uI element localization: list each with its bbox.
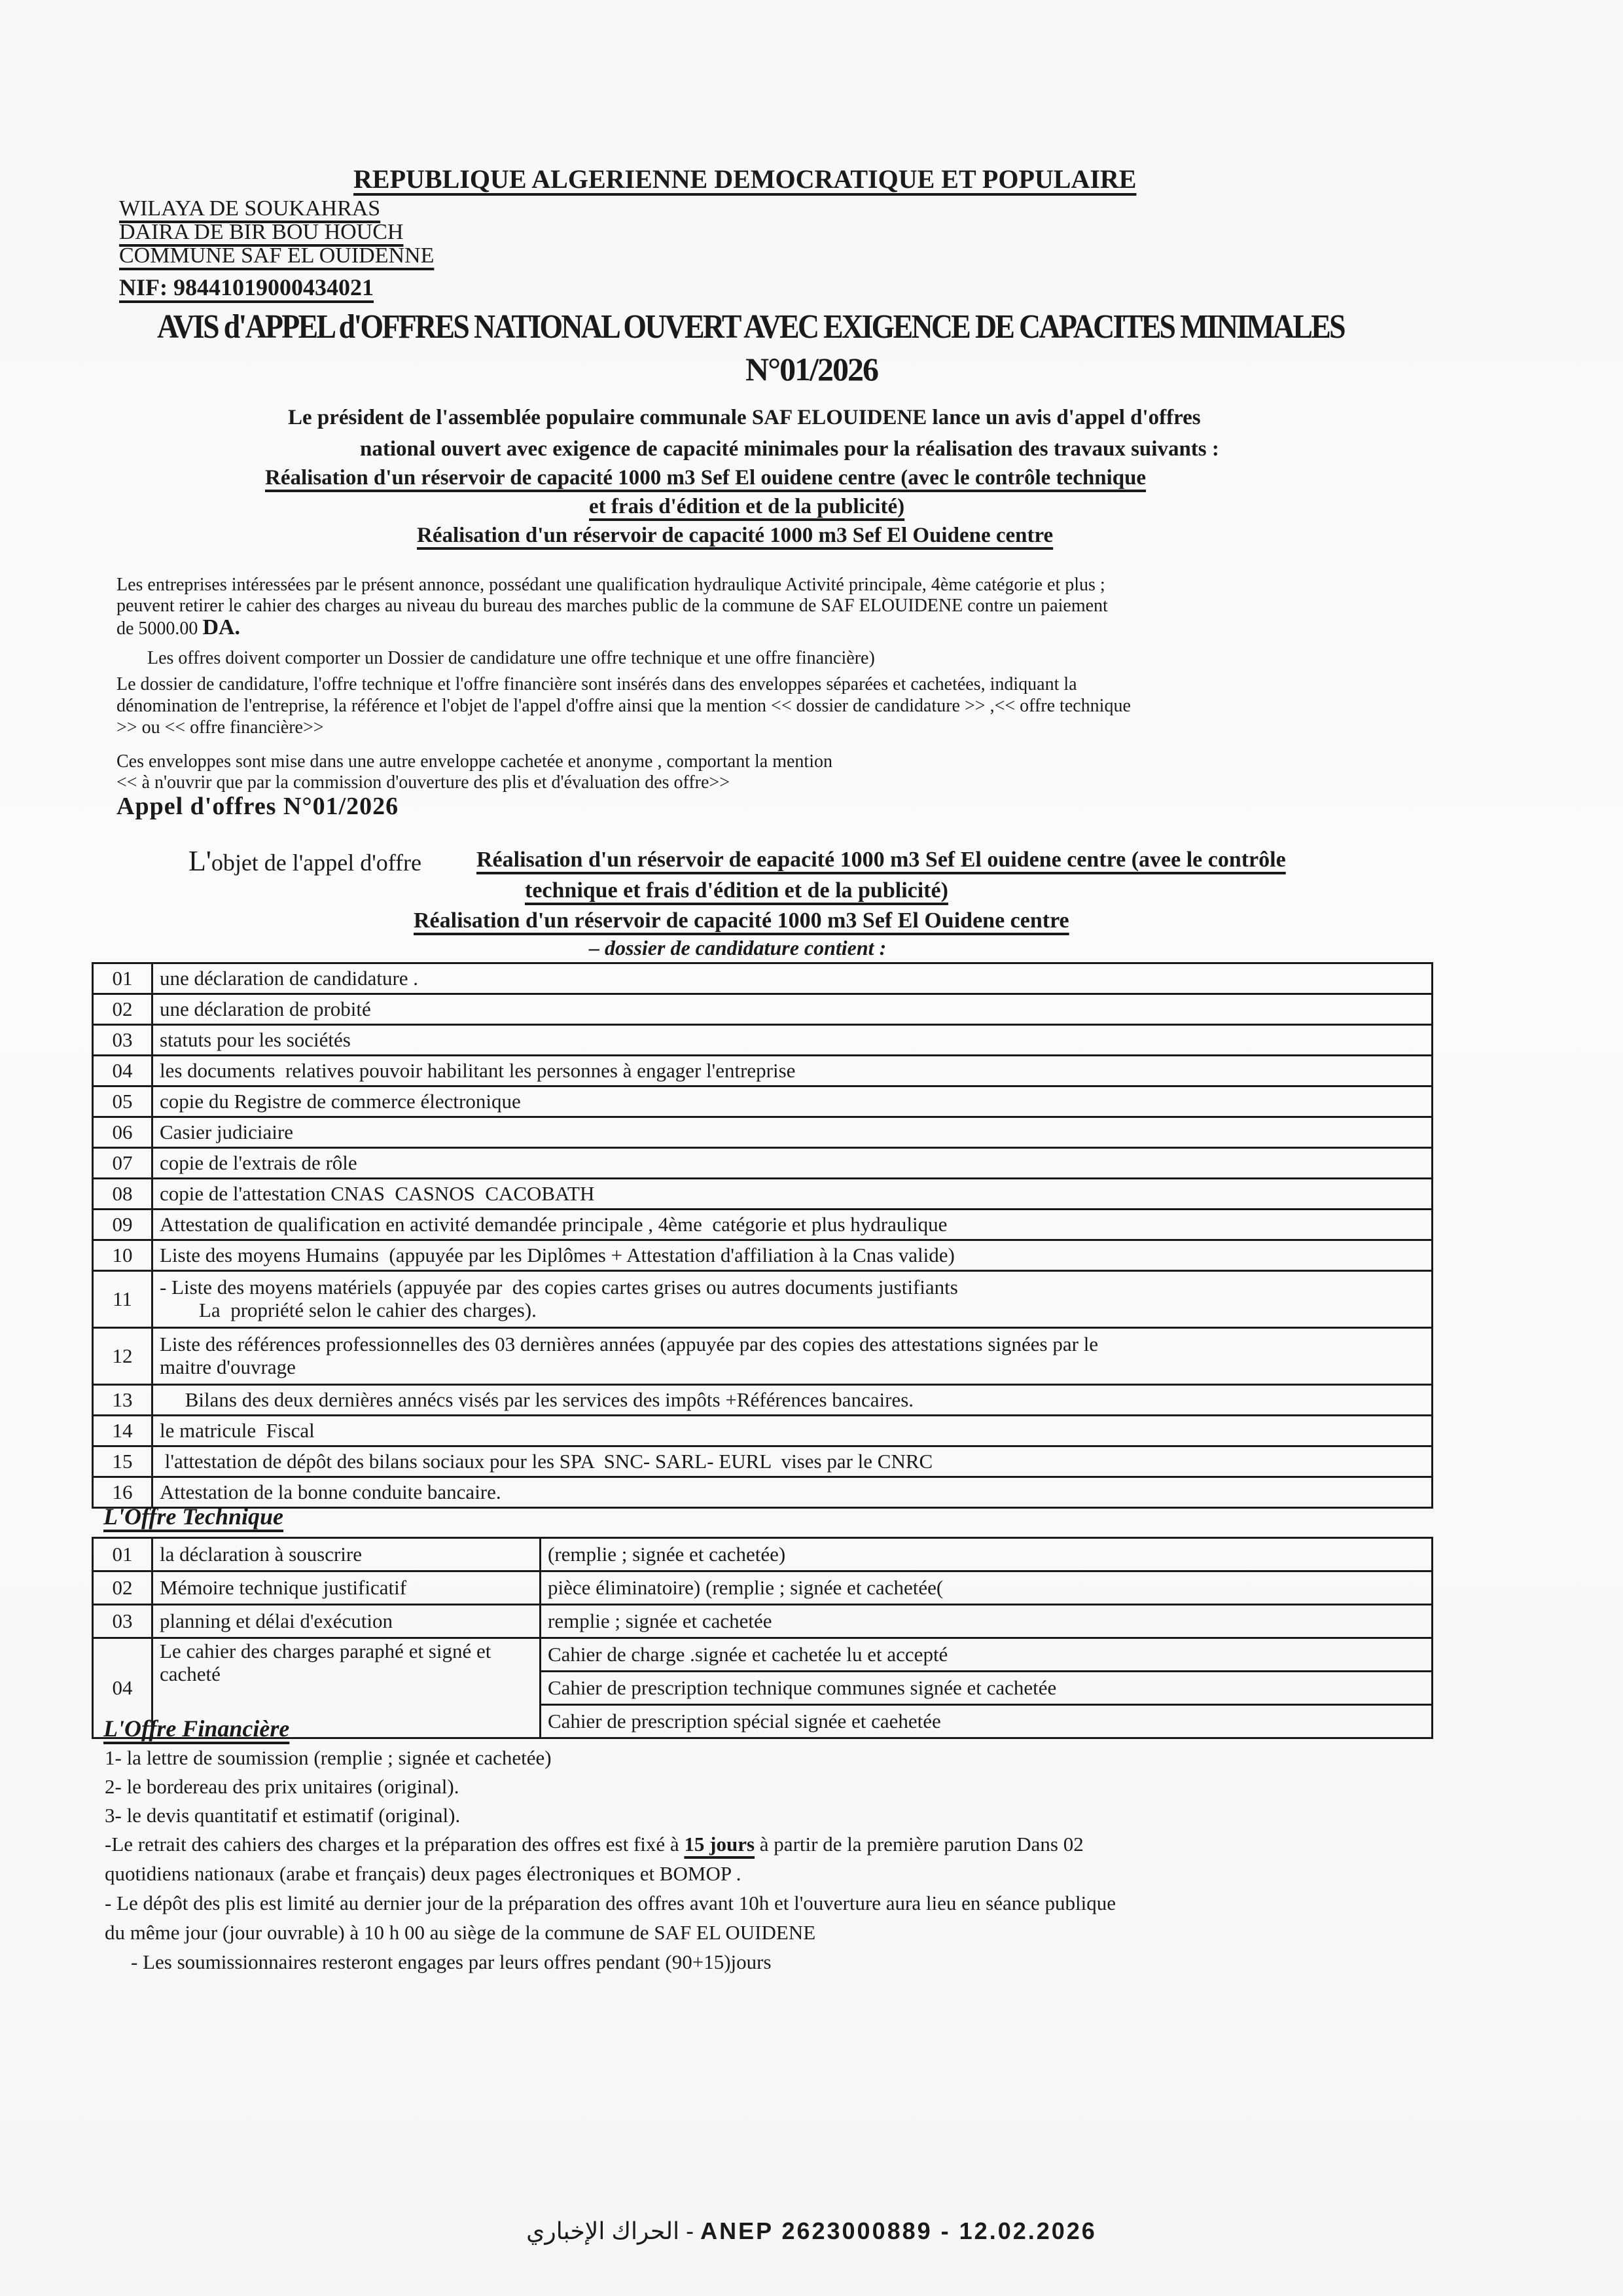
financiere-item-1: 1- la lettre de soumission (remplie ; si…	[105, 1746, 552, 1770]
retrait-days: 15 jours	[684, 1833, 755, 1856]
project-object-line-1: Réalisation d'un réservoir de capacité 1…	[265, 466, 1146, 490]
table-row: 04 Le cahier des charges paraphé et sign…	[93, 1638, 1433, 1672]
row-text-line-1: Casier judiciaire	[160, 1121, 293, 1143]
row-number: 08	[93, 1179, 152, 1210]
row-text: copie de l'attestation CNAS CASNOS CACOB…	[152, 1179, 1433, 1210]
conditions-p9: << à n'ouvrir que par la commission d'ou…	[116, 772, 730, 793]
row-text: - Liste des moyens matériels (appuyée pa…	[152, 1271, 1433, 1328]
row-number: 06	[93, 1117, 152, 1148]
row-text-line-1: une déclaration de candidature .	[160, 967, 418, 990]
row-detail: Cahier de prescription spécial signée et…	[541, 1705, 1433, 1738]
row-text-line-1: l'attestation de dépôt des bilans sociau…	[160, 1450, 933, 1473]
project-object-line-2: et frais d'édition et de la publicité)	[589, 495, 904, 519]
depot-line-2: du même jour (jour ouvrable) à 10 h 00 a…	[105, 1921, 815, 1945]
objet-line-3: Réalisation d'un réservoir de capacité 1…	[414, 908, 1069, 933]
table-row: 03 planning et délai d'exécution remplie…	[93, 1605, 1433, 1638]
commune-label: COMMUNE SAF EL OUIDENNE	[119, 243, 434, 268]
table-row: 03statuts pour les sociétés	[93, 1025, 1433, 1056]
daira-label: DAIRA DE BIR BOU HOUCH	[119, 220, 403, 245]
row-text: Casier judiciaire	[152, 1117, 1433, 1148]
table-row: 01 la déclaration à souscrire (remplie ;…	[93, 1538, 1433, 1571]
row-text: Liste des moyens Humains (appuyée par le…	[152, 1240, 1433, 1271]
financiere-item-3: 3- le devis quantitatif et estimatif (or…	[105, 1804, 460, 1827]
row-number: 01	[93, 963, 152, 994]
row-number: 10	[93, 1240, 152, 1271]
row-number: 13	[93, 1385, 152, 1416]
row-text-line-1: Liste des moyens Humains (appuyée par le…	[160, 1244, 955, 1266]
row-text: copie de l'extrais de rôle	[152, 1148, 1433, 1179]
dossier-candidature-table: 01une déclaration de candidature .02une …	[92, 962, 1433, 1509]
conditions-p8: Ces enveloppes sont mise dans une autre …	[116, 751, 832, 772]
row-text-line-1: une déclaration de probité	[160, 997, 371, 1020]
objet-line-2: technique et frais d'édition et de la pu…	[525, 878, 948, 903]
row-item: Mémoire technique justificatif	[152, 1571, 541, 1605]
republique-heading: REPUBLIQUE ALGERIENNE DEMOCRATIQUE ET PO…	[353, 164, 1136, 194]
intro-line-2: national ouvert avec exigence de capacit…	[360, 437, 1219, 461]
row-detail: pièce éliminatoire) (remplie ; signée et…	[541, 1571, 1433, 1605]
table-row: 16Attestation de la bonne conduite banca…	[93, 1477, 1433, 1508]
footer-arabic: الحراك الإخباري	[526, 2217, 679, 2244]
row-number: 04	[93, 1056, 152, 1086]
row-detail: remplie ; signée et cachetée	[541, 1605, 1433, 1638]
table-row: 10Liste des moyens Humains (appuyée par …	[93, 1240, 1433, 1271]
row-text-line-1: le matricule Fiscal	[160, 1419, 315, 1442]
offre-technique-heading: L'Offre Technique	[103, 1503, 283, 1530]
table-row: 15 l'attestation de dépôt des bilans soc…	[93, 1446, 1433, 1477]
row-text: Bilans des deux dernières annécs visés p…	[152, 1385, 1433, 1416]
row-text-line-1: copie du Registre de commerce électroniq…	[160, 1090, 521, 1113]
row-detail: Cahier de charge .signée et cachetée lu …	[541, 1638, 1433, 1672]
table-row: 05copie du Registre de commerce électron…	[93, 1086, 1433, 1117]
row-item: planning et délai d'exécution	[152, 1605, 541, 1638]
row-text-line-1: copie de l'attestation CNAS CASNOS CACOB…	[160, 1182, 594, 1205]
row-item: la déclaration à souscrire	[152, 1538, 541, 1571]
row-text: le matricule Fiscal	[152, 1416, 1433, 1446]
row-text-line-1: copie de l'extrais de rôle	[160, 1151, 357, 1174]
objet-line-1: Réalisation d'un réservoir de eapacité 1…	[476, 848, 1286, 872]
row-number: 11	[93, 1271, 152, 1328]
row-number: 15	[93, 1446, 152, 1477]
depot-line-1: - Le dépôt des plis est limité au dernie…	[105, 1892, 1116, 1915]
row-text: une déclaration de probité	[152, 994, 1433, 1025]
table-row: 08copie de l'attestation CNAS CASNOS CAC…	[93, 1179, 1433, 1210]
table-row: 14le matricule Fiscal	[93, 1416, 1433, 1446]
table-row: 07copie de l'extrais de rôle	[93, 1148, 1433, 1179]
row-text-line-1: statuts pour les sociétés	[160, 1028, 351, 1051]
row-number: 12	[93, 1328, 152, 1385]
project-object-line-3: Réalisation d'un réservoir de capacité 1…	[417, 524, 1053, 548]
row-number: 07	[93, 1148, 152, 1179]
engagement-line: - Les soumissionnaires resteront engages…	[131, 1950, 772, 1974]
payment-amount: de 5000.00	[116, 619, 202, 639]
table-row: 04les documents relatives pouvoir habili…	[93, 1056, 1433, 1086]
table-row: 01une déclaration de candidature .	[93, 963, 1433, 994]
conditions-p7: >> ou << offre financière>>	[116, 717, 324, 738]
offre-technique-table: 01 la déclaration à souscrire (remplie ;…	[92, 1537, 1433, 1739]
row-text-line-1: - Liste des moyens matériels (appuyée pa…	[160, 1276, 958, 1299]
objet-label: L'objet de l'appel d'offre	[188, 844, 421, 878]
retrait-text-a: -Le retrait des cahiers des charges et l…	[105, 1833, 684, 1856]
wilaya-label: WILAYA DE SOUKAHRAS	[119, 196, 380, 221]
row-text: une déclaration de candidature .	[152, 963, 1433, 994]
row-text: les documents relatives pouvoir habilita…	[152, 1056, 1433, 1086]
table-row: 09Attestation de qualification en activi…	[93, 1210, 1433, 1240]
row-text-line-1: Attestation de qualification en activité…	[160, 1213, 947, 1236]
conditions-p6: dénomination de l'entreprise, la référen…	[116, 696, 1131, 717]
table-row: 11- Liste des moyens matériels (appuyée …	[93, 1271, 1433, 1328]
footer-ref: ANEP 2623000889 - 12.02.2026	[700, 2217, 1097, 2244]
row-text: statuts pour les sociétés	[152, 1025, 1433, 1056]
objet-label-text: objet de l'appel d'offre	[211, 850, 421, 876]
avis-number: N°01/2026	[0, 350, 1623, 388]
conditions-p4: Les offres doivent comporter un Dossier …	[147, 648, 875, 669]
dossier-title: – dossier de candidature contient :	[589, 936, 886, 960]
row-text-line-2: La propriété selon le cahier des charges…	[160, 1299, 537, 1321]
row-text: Attestation de la bonne conduite bancair…	[152, 1477, 1433, 1508]
table-row: 06Casier judiciaire	[93, 1117, 1433, 1148]
row-text-line-1: Bilans des deux dernières annécs visés p…	[160, 1388, 914, 1411]
row-number: 03	[93, 1025, 152, 1056]
intro-line-1: Le président de l'assemblée populaire co…	[288, 406, 1201, 430]
table-row: 02 Mémoire technique justificatif pièce …	[93, 1571, 1433, 1605]
row-text-line-1: Liste des références professionnelles de…	[160, 1333, 1098, 1355]
nif-label: NIF: 98441019000434021	[119, 274, 374, 301]
row-text: copie du Registre de commerce électroniq…	[152, 1086, 1433, 1117]
row-detail: (remplie ; signée et cachetée)	[541, 1538, 1433, 1571]
row-number: 05	[93, 1086, 152, 1117]
row-number: 03	[93, 1605, 152, 1638]
row-text: l'attestation de dépôt des bilans sociau…	[152, 1446, 1433, 1477]
conditions-p1: Les entreprises intéressées par le prése…	[116, 575, 1105, 596]
table-row: 12Liste des références professionnelles …	[93, 1328, 1433, 1385]
row-number: 02	[93, 994, 152, 1025]
footer-reference: الحراك الإخباري - ANEP 2623000889 - 12.0…	[0, 2217, 1623, 2245]
table-row: 02une déclaration de probité	[93, 994, 1433, 1025]
row-text-line-2: maitre d'ouvrage	[160, 1355, 296, 1378]
footer-separator: -	[679, 2217, 700, 2244]
conditions-p2: peuvent retirer le cahier des charges au…	[116, 596, 1108, 617]
row-number: 09	[93, 1210, 152, 1240]
row-detail: Cahier de prescription technique commune…	[541, 1672, 1433, 1705]
offre-financiere-heading: L'Offre Financière	[103, 1715, 289, 1742]
row-number: 01	[93, 1538, 152, 1571]
row-text-line-1: les documents relatives pouvoir habilita…	[160, 1059, 795, 1082]
table-row: 13 Bilans des deux dernières annécs visé…	[93, 1385, 1433, 1416]
retrait-text-b: à partir de la première parution Dans 02	[755, 1833, 1084, 1856]
conditions-p3: de 5000.00 DA.	[116, 615, 240, 640]
avis-title: AVIS d'APPEL d'OFFRES NATIONAL OUVERT AV…	[157, 308, 1344, 346]
retrait-line-2: quotidiens nationaux (arabe et français)…	[105, 1862, 741, 1886]
financiere-item-2: 2- le bordereau des prix unitaires (orig…	[105, 1775, 459, 1799]
document-page: REPUBLIQUE ALGERIENNE DEMOCRATIQUE ET PO…	[0, 0, 1623, 2296]
row-text: Liste des références professionnelles de…	[152, 1328, 1433, 1385]
row-text-line-1: Attestation de la bonne conduite bancair…	[160, 1480, 501, 1503]
row-text: Attestation de qualification en activité…	[152, 1210, 1433, 1240]
retrait-line-1: -Le retrait des cahiers des charges et l…	[105, 1833, 1084, 1856]
row-number: 02	[93, 1571, 152, 1605]
payment-currency: DA.	[202, 615, 240, 639]
conditions-p5: Le dossier de candidature, l'offre techn…	[116, 674, 1077, 695]
appel-heading: Appel d'offres N°01/2026	[116, 792, 399, 821]
row-number: 14	[93, 1416, 152, 1446]
objet-label-l: L'	[188, 845, 211, 877]
